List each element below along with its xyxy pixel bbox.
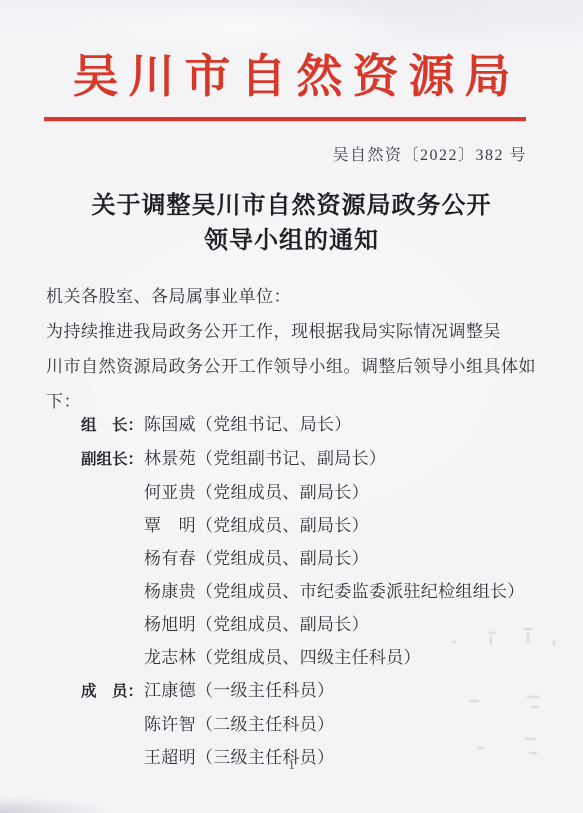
- roster-row: 龙志林（党组成员、四级主任科员）: [81, 641, 563, 674]
- leadership-roster: 组 长：陈国威（党组书记、局长） 副组长：林景苑（党组副书记、副局长） 何亚贵（…: [81, 408, 563, 774]
- roster-member-entry: 陈国威（党组书记、局长）: [144, 415, 352, 434]
- roster-member-entry: 林景苑（党组副书记、副局长）: [144, 449, 386, 468]
- roster-row: 组 长：陈国威（党组书记、局长）: [81, 408, 563, 442]
- roster-row: 陈许智（二级主任科员）: [81, 708, 563, 741]
- roster-row: 覃 明（党组成员、副局长）: [81, 509, 563, 542]
- page-number: 1: [0, 757, 583, 773]
- document-number: 吴自然资〔2022〕382 号: [332, 142, 527, 165]
- opening-paragraph: 为持续推进我局政务公开工作，现根据我局实际情况调整吴 川市自然资源局政务公开工作…: [46, 314, 529, 419]
- paper-corner-shadow: [0, 797, 110, 813]
- paragraph-line: 川市自然资源局政务公开工作领导小组。调整后领导小组具体如: [46, 349, 529, 384]
- document-title: 关于调整吴川市自然资源局政务公开 领导小组的通知: [0, 189, 583, 259]
- roster-row: 杨康贵（党组成员、市纪委监委派驻纪检组组长）: [81, 575, 563, 608]
- roster-row: 成 员：江康德（一级主任科员）: [81, 674, 563, 708]
- roster-member-entry: 覃 明（党组成员、副局长）: [144, 516, 369, 535]
- roster-row: 副组长：林景苑（党组副书记、副局长）: [81, 442, 563, 476]
- letterhead-org-name: 吴川市自然资源局: [0, 40, 583, 106]
- roster-member-entry: 杨康贵（党组成员、市纪委监委派驻纪检组组长）: [144, 582, 525, 601]
- letterhead-divider-line: [44, 117, 526, 121]
- roster-member-entry: 江康德（一级主任科员）: [144, 681, 334, 700]
- roster-member-entry: 陈许智（二级主任科员）: [144, 715, 334, 734]
- roster-role-label: 成 员：: [81, 675, 144, 708]
- document-title-line1: 关于调整吴川市自然资源局政务公开: [0, 189, 583, 224]
- roster-row: 何亚贵（党组成员、副局长）: [81, 476, 563, 509]
- roster-member-entry: 何亚贵（党组成员、副局长）: [144, 483, 369, 502]
- document-body: 机关各股室、各局属事业单位： 为持续推进我局政务公开工作，现根据我局实际情况调整…: [46, 279, 529, 419]
- paragraph-line: 为持续推进我局政务公开工作，现根据我局实际情况调整吴: [46, 314, 529, 349]
- document-page: 吴川市自然资源局 吴自然资〔2022〕382 号 关于调整吴川市自然资源局政务公…: [0, 0, 583, 813]
- document-title-line2: 领导小组的通知: [0, 224, 583, 259]
- roster-role-label: 副组长：: [81, 443, 144, 476]
- roster-row: 杨有春（党组成员、副局长）: [81, 542, 563, 575]
- roster-member-entry: 龙志林（党组成员、四级主任科员）: [144, 648, 421, 667]
- salutation-line: 机关各股室、各局属事业单位：: [46, 279, 529, 314]
- roster-role-label: 组 长：: [81, 409, 144, 442]
- roster-member-entry: 杨有春（党组成员、副局长）: [144, 549, 369, 568]
- roster-member-entry: 杨旭明（党组成员、副局长）: [144, 615, 369, 634]
